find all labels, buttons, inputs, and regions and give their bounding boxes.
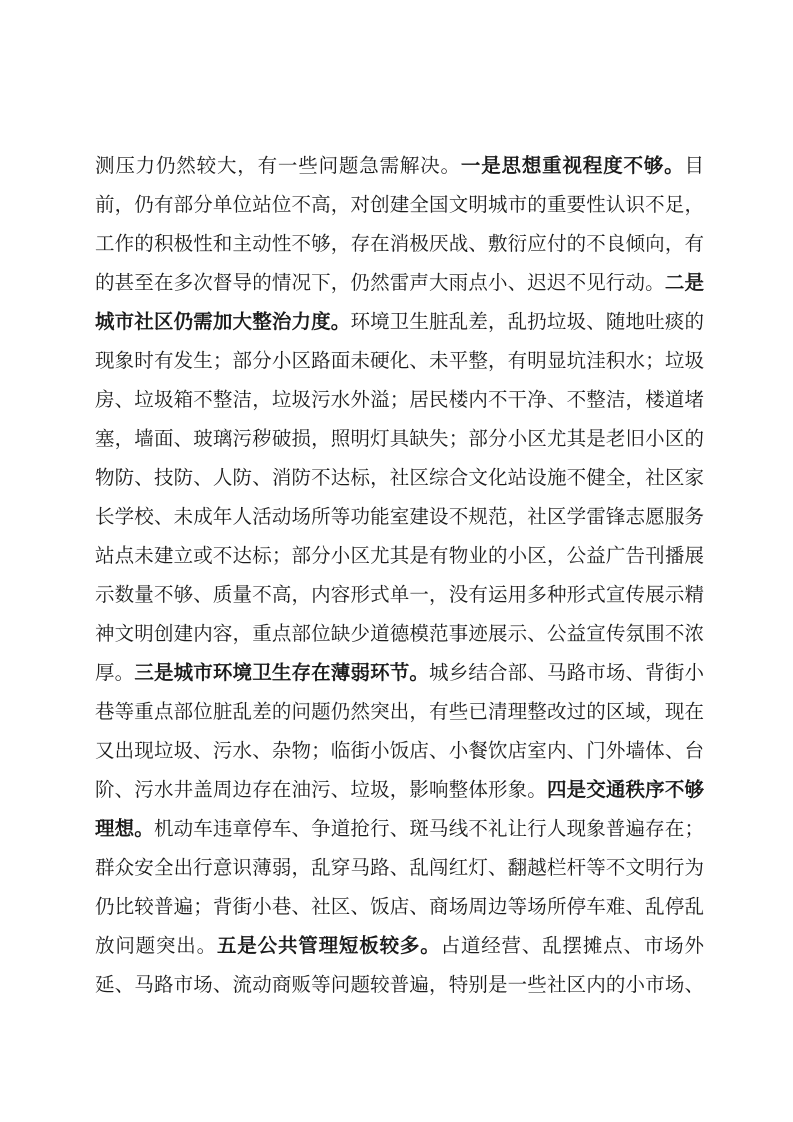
text-run-bold: 一是思想重视程度不够。 [461, 156, 685, 177]
text-line: 神文明创建内容，重点部位缺少道德模范事迹展示、公益宣传氛围不浓 [95, 615, 704, 654]
text-run-bold: 城市社区仍需加大整治力度。 [95, 312, 350, 333]
text-line: 巷等重点部位脏乱差的问题仍然突出，有些已清理整改过的区域，现在 [95, 693, 704, 732]
text-line: 延、马路市场、流动商贩等问题较普遍，特别是一些社区内的小市场、 [95, 966, 704, 1005]
text-line: 阶、污水井盖周边存在油污、垃圾，影响整体形象。四是交通秩序不够 [95, 771, 704, 810]
text-run: 放问题突出。 [95, 936, 217, 957]
text-run-bold: 四是交通秩序不够 [547, 780, 704, 801]
text-run: 示数量不够、质量不高，内容形式单一，没有运用多种形式宣传展示精 [95, 585, 704, 606]
text-run: 工作的积极性和主动性不够，存在消极厌战、敷衍应付的不良倾向，有 [95, 234, 704, 255]
text-line: 的甚至在多次督导的情况下，仍然雷声大雨点小、迟迟不见行动。二是 [95, 264, 704, 303]
text-run-bold: 五是公共管理短板较多。 [217, 936, 441, 957]
text-run: 房、垃圾箱不整洁，垃圾污水外溢；居民楼内不干净、不整洁，楼道堵 [95, 390, 704, 411]
text-line: 放问题突出。五是公共管理短板较多。占道经营、乱摆摊点、市场外 [95, 927, 704, 966]
text-line: 塞，墙面、玻璃污秽破损，照明灯具缺失；部分小区尤其是老旧小区的 [95, 420, 704, 459]
text-run: 塞，墙面、玻璃污秽破损，照明灯具缺失；部分小区尤其是老旧小区的 [95, 429, 704, 450]
text-run-bold: 二是 [665, 273, 704, 294]
text-line: 物防、技防、人防、消防不达标，社区综合文化站设施不健全，社区家 [95, 459, 704, 498]
text-line: 示数量不够、质量不高，内容形式单一，没有运用多种形式宣传展示精 [95, 576, 704, 615]
text-line: 城市社区仍需加大整治力度。环境卫生脏乱差，乱扔垃圾、随地吐痰的 [95, 303, 704, 342]
text-run: 环境卫生脏乱差，乱扔垃圾、随地吐痰的 [350, 312, 704, 333]
text-line: 工作的积极性和主动性不够，存在消极厌战、敷衍应付的不良倾向，有 [95, 225, 704, 264]
text-run: 占道经营、乱摆摊点、市场外 [441, 936, 704, 957]
text-run: 物防、技防、人防、消防不达标，社区综合文化站设施不健全，社区家 [95, 468, 704, 489]
text-run: 群众安全出行意识薄弱，乱穿马路、乱闯红灯、翻越栏杆等不文明行为 [95, 858, 704, 879]
text-line: 群众安全出行意识薄弱，乱穿马路、乱闯红灯、翻越栏杆等不文明行为 [95, 849, 704, 888]
text-run: 延、马路市场、流动商贩等问题较普遍，特别是一些社区内的小市场、 [95, 975, 704, 996]
text-run: 测压力仍然较大，有一些问题急需解决。 [95, 156, 461, 177]
text-run: 仍比较普遍；背街小巷、社区、饭店、商场周边等场所停车难、乱停乱 [95, 897, 704, 918]
text-line: 房、垃圾箱不整洁，垃圾污水外溢；居民楼内不干净、不整洁，楼道堵 [95, 381, 704, 420]
text-line: 现象时有发生；部分小区路面未硬化、未平整，有明显坑洼积水；垃圾 [95, 342, 704, 381]
text-run: 站点未建立或不达标；部分小区尤其是有物业的小区，公益广告刊播展 [95, 546, 704, 567]
text-run: 又出现垃圾、污水、杂物；临街小饭店、小餐饮店室内、门外墙体、台 [95, 741, 704, 762]
document-text-block: 测压力仍然较大，有一些问题急需解决。一是思想重视程度不够。目前，仍有部分单位站位… [95, 147, 704, 1005]
text-line: 测压力仍然较大，有一些问题急需解决。一是思想重视程度不够。目 [95, 147, 704, 186]
text-line: 厚。三是城市环境卫生存在薄弱环节。城乡结合部、马路市场、背街小 [95, 654, 704, 693]
text-line: 前，仍有部分单位站位不高，对创建全国文明城市的重要性认识不足， [95, 186, 704, 225]
text-run-bold: 理想。 [95, 819, 154, 840]
text-line: 理想。机动车违章停车、争道抢行、斑马线不礼让行人现象普遍存在； [95, 810, 704, 849]
text-run: 现象时有发生；部分小区路面未硬化、未平整，有明显坑洼积水；垃圾 [95, 351, 704, 372]
text-run-bold: 三是城市环境卫生存在薄弱环节。 [134, 663, 429, 684]
text-run: 巷等重点部位脏乱差的问题仍然突出，有些已清理整改过的区域，现在 [95, 702, 704, 723]
text-run: 的甚至在多次督导的情况下，仍然雷声大雨点小、迟迟不见行动。 [95, 273, 665, 294]
text-run: 长学校、未成年人活动场所等功能室建设不规范，社区学雷锋志愿服务 [95, 507, 704, 528]
text-run: 厚。 [95, 663, 134, 684]
text-run: 目 [684, 156, 704, 177]
text-line: 又出现垃圾、污水、杂物；临街小饭店、小餐饮店室内、门外墙体、台 [95, 732, 704, 771]
text-line: 仍比较普遍；背街小巷、社区、饭店、商场周边等场所停车难、乱停乱 [95, 888, 704, 927]
text-run: 阶、污水井盖周边存在油污、垃圾，影响整体形象。 [95, 780, 547, 801]
text-run: 机动车违章停车、争道抢行、斑马线不礼让行人现象普遍存在； [154, 819, 704, 840]
text-run: 前，仍有部分单位站位不高，对创建全国文明城市的重要性认识不足， [95, 195, 704, 216]
text-run: 城乡结合部、马路市场、背街小 [429, 663, 704, 684]
text-run: 神文明创建内容，重点部位缺少道德模范事迹展示、公益宣传氛围不浓 [95, 624, 704, 645]
document-page: 测压力仍然较大，有一些问题急需解决。一是思想重视程度不够。目前，仍有部分单位站位… [0, 0, 793, 1122]
text-line: 站点未建立或不达标；部分小区尤其是有物业的小区，公益广告刊播展 [95, 537, 704, 576]
text-line: 长学校、未成年人活动场所等功能室建设不规范，社区学雷锋志愿服务 [95, 498, 704, 537]
